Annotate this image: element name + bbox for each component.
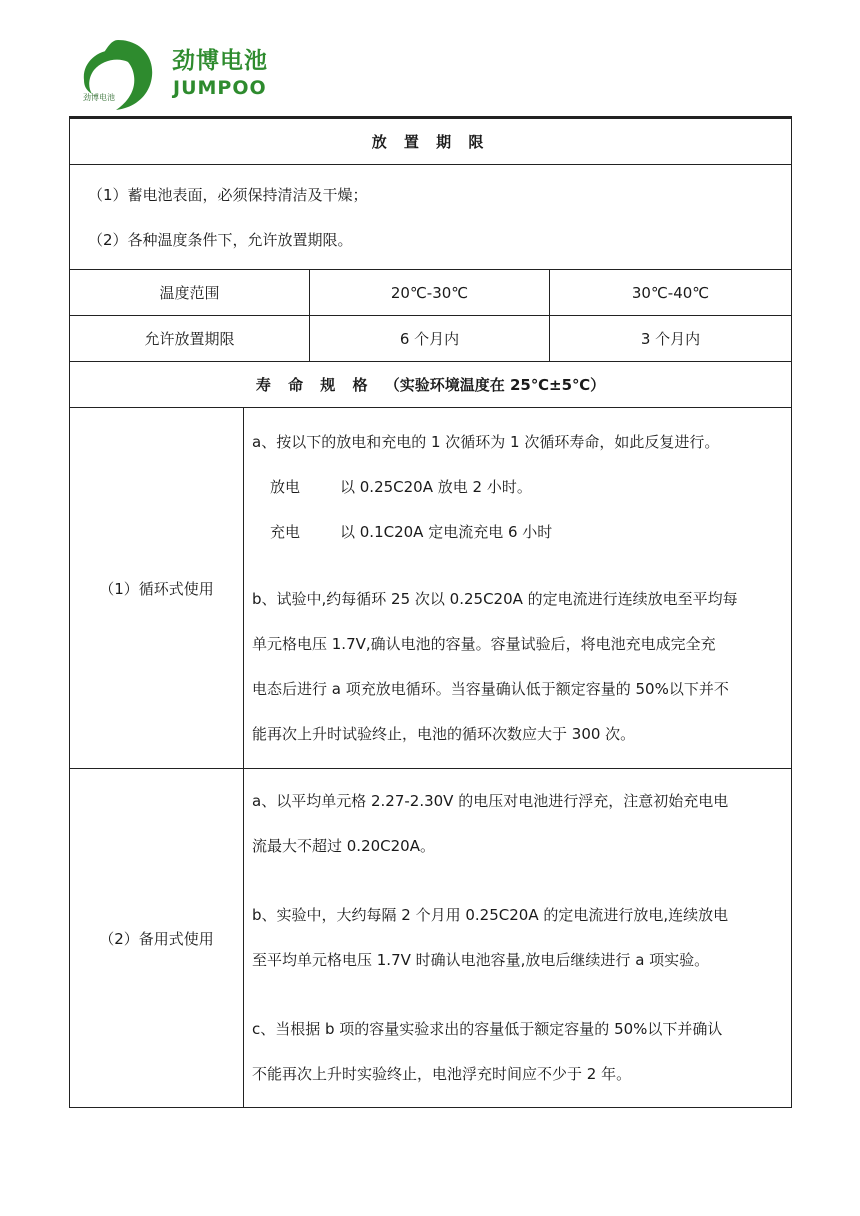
- standby-item-c-line-2: 不能再次上升时实验终止，电池浮充时间应不少于 2 年。: [252, 1052, 783, 1097]
- charge-value: 以 0.1C20A 定电流充电 6 小时: [340, 523, 552, 541]
- brand-name-en: JUMPOO: [173, 77, 267, 99]
- table-row: 温度范围 20℃-30℃ 30℃-40℃: [70, 270, 792, 316]
- discharge-value: 以 0.25C20A 放电 2 小时。: [340, 478, 532, 496]
- logo-emblem-caption: 劲博电池: [83, 92, 115, 103]
- standby-use-label: （2）备用式使用: [70, 769, 244, 1108]
- cycle-use-body: a、按以下的放电和充电的 1 次循环为 1 次循环寿命，如此反复进行。 放电以 …: [244, 408, 792, 769]
- life-title: 寿 命 规 格 （实验环境温度在 25℃±5℃）: [70, 362, 792, 408]
- standby-item-b-line-2: 至平均单元格电压 1.7V 时确认电池容量,放电后继续进行 a 项实验。: [252, 938, 783, 983]
- life-title-text: 寿 命 规 格: [256, 376, 374, 394]
- life-title-sub: （实验环境温度在 25℃±5℃）: [385, 376, 605, 394]
- discharge-line: 放电以 0.25C20A 放电 2 小时。: [252, 465, 783, 510]
- storage-note-2: （2）各种温度条件下，允许放置期限。: [88, 218, 773, 263]
- temp-range-1: 20℃-30℃: [310, 270, 550, 316]
- cycle-item-b-line-1: b、试验中,约每循环 25 次以 0.25C20A 的定电流进行连续放电至平均每: [252, 577, 783, 622]
- spec-table: 放 置 期 限 （1）蓄电池表面，必须保持清洁及干燥； （2）各种温度条件下，允…: [69, 116, 792, 1108]
- charge-line: 充电以 0.1C20A 定电流充电 6 小时: [252, 510, 783, 555]
- storage-period-label: 允许放置期限: [70, 316, 310, 362]
- standby-use-body: a、以平均单元格 2.27-2.30V 的电压对电池进行浮充，注意初始充电电 流…: [244, 769, 792, 1108]
- brand-name-cn: 劲博电池: [172, 48, 268, 74]
- discharge-key: 放电: [270, 465, 340, 510]
- standby-use-row: （2）备用式使用 a、以平均单元格 2.27-2.30V 的电压对电池进行浮充，…: [70, 769, 792, 1108]
- table-row: 允许放置期限 6 个月内 3 个月内: [70, 316, 792, 362]
- charge-key: 充电: [270, 510, 340, 555]
- storage-period-1: 6 个月内: [310, 316, 550, 362]
- cycle-item-b-line-4: 能再次上升时试验终止，电池的循环次数应大于 300 次。: [252, 712, 783, 757]
- standby-item-c-line-1: c、当根据 b 项的容量实验求出的容量低于额定容量的 50%以下并确认: [252, 1007, 783, 1052]
- standby-item-a-line-1: a、以平均单元格 2.27-2.30V 的电压对电池进行浮充，注意初始充电电: [252, 779, 783, 824]
- cycle-use-label: （1）循环式使用: [70, 408, 244, 769]
- temp-range-label: 温度范围: [70, 270, 310, 316]
- company-logo: 劲博电池 劲博电池 JUMPOO: [78, 36, 278, 112]
- cycle-use-row: （1）循环式使用 a、按以下的放电和充电的 1 次循环为 1 次循环寿命，如此反…: [70, 408, 792, 769]
- storage-notes: （1）蓄电池表面，必须保持清洁及干燥； （2）各种温度条件下，允许放置期限。: [70, 165, 792, 270]
- storage-period-2: 3 个月内: [550, 316, 792, 362]
- standby-item-a-line-2: 流最大不超过 0.20C20A。: [252, 824, 783, 869]
- storage-note-1: （1）蓄电池表面，必须保持清洁及干燥；: [88, 173, 773, 218]
- cycle-item-a: a、按以下的放电和充电的 1 次循环为 1 次循环寿命，如此反复进行。: [252, 420, 783, 465]
- cycle-item-b-line-2: 单元格电压 1.7V,确认电池的容量。容量试验后，将电池充电成完全充: [252, 622, 783, 667]
- storage-title: 放 置 期 限: [70, 118, 792, 165]
- standby-item-b-line-1: b、实验中，大约每隔 2 个月用 0.25C20A 的定电流进行放电,连续放电: [252, 893, 783, 938]
- temp-range-2: 30℃-40℃: [550, 270, 792, 316]
- storage-title-text: 放 置 期 限: [372, 133, 490, 151]
- cycle-item-b-line-3: 电态后进行 a 项充放电循环。当容量确认低于额定容量的 50%以下并不: [252, 667, 783, 712]
